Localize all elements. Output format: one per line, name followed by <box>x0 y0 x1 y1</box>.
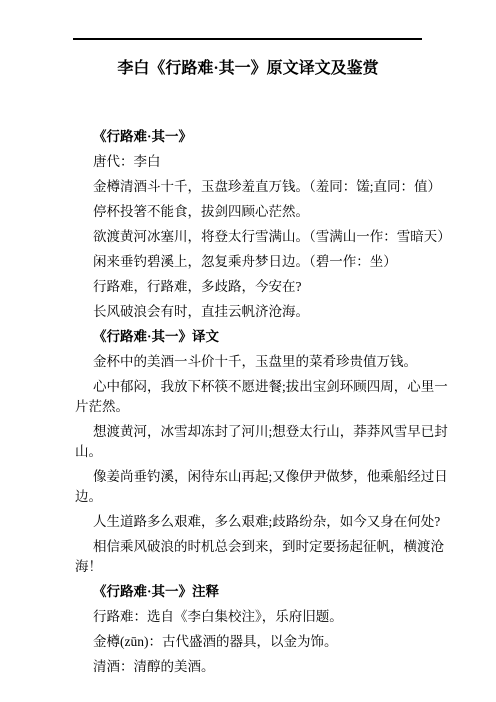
translation-line: 像姜尚垂钓溪，闲待东山再起;又像伊尹做梦，他乘船经过日边。 <box>75 467 452 507</box>
poem-line: 闲来垂钓碧溪上，忽复乘舟梦日边。（碧一作：坐） <box>75 252 452 272</box>
document-page: 李白《行路难·其一》原文译文及鉴赏 《行路难·其一》 唐代：李白 金樽清酒斗十千… <box>0 0 496 702</box>
page-title: 李白《行路难·其一》原文译文及鉴赏 <box>30 57 466 80</box>
poem-line: 长风破浪会有时，直挂云帆济沧海。 <box>75 302 452 322</box>
poem-line: 行路难，行路难，多歧路，今安在? <box>75 277 452 297</box>
annotation-line: 清酒：清醇的美酒。 <box>75 657 452 677</box>
translation-line: 想渡黄河，冰雪却冻封了河川;想登太行山，莽莽风雪早已封山。 <box>75 422 452 462</box>
section-annotation: 《行路难·其一》注释 行路难：选自《李白集校注》，乐府旧题。 金樽(zūn)：古… <box>75 582 452 677</box>
section-translation: 《行路难·其一》译文 金杯中的美酒一斗价十千，玉盘里的菜肴珍贵值万钱。 心中郁闷… <box>75 327 452 577</box>
section-original-poem: 《行路难·其一》 唐代：李白 金樽清酒斗十千，玉盘珍羞直万钱。（羞同：馐;直同：… <box>75 127 452 322</box>
section-heading: 《行路难·其一》注释 <box>75 582 452 602</box>
poem-line: 金樽清酒斗十千，玉盘珍羞直万钱。（羞同：馐;直同：值） <box>75 177 452 197</box>
translation-line: 相信乘风破浪的时机总会到来，到时定要扬起征帆，横渡沧海！ <box>75 537 452 577</box>
annotation-line: 行路难：选自《李白集校注》，乐府旧题。 <box>75 607 452 627</box>
translation-line: 心中郁闷，我放下杯筷不愿进餐;拔出宝剑环顾四周，心里一片茫然。 <box>75 377 452 417</box>
horizontal-rule <box>73 38 422 40</box>
poem-line: 停杯投箸不能食，拔剑四顾心茫然。 <box>75 202 452 222</box>
document-body: 《行路难·其一》 唐代：李白 金樽清酒斗十千，玉盘珍羞直万钱。（羞同：馐;直同：… <box>0 80 496 677</box>
translation-line: 人生道路多么艰难，多么艰难;歧路纷杂，如今又身在何处? <box>75 512 452 532</box>
section-heading: 《行路难·其一》 <box>75 127 452 147</box>
section-heading: 《行路难·其一》译文 <box>75 327 452 347</box>
author-line: 唐代：李白 <box>75 152 452 172</box>
translation-line: 金杯中的美酒一斗价十千，玉盘里的菜肴珍贵值万钱。 <box>75 352 452 372</box>
poem-line: 欲渡黄河冰塞川，将登太行雪满山。（雪满山一作：雪暗天） <box>75 227 452 247</box>
annotation-line: 金樽(zūn)：古代盛酒的器具，以金为饰。 <box>75 632 452 652</box>
